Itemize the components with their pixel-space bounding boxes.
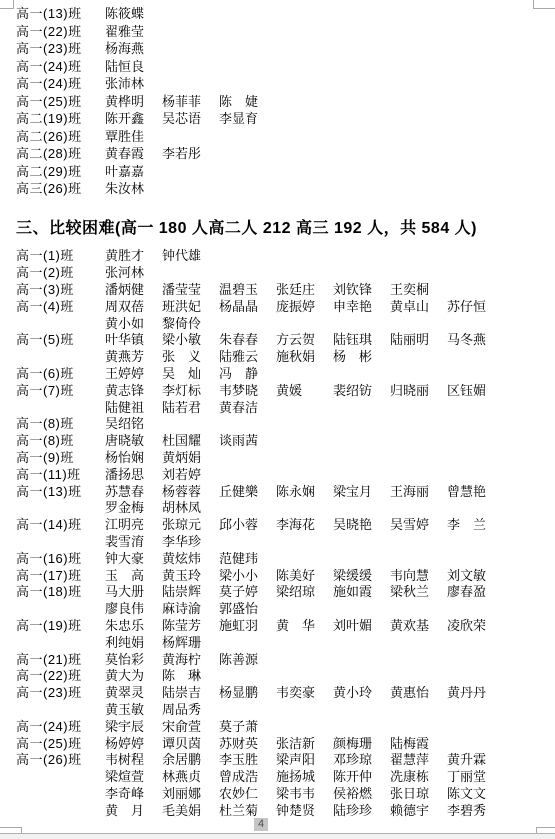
student-name: 黄 华 [276,615,333,634]
class-row-line: 高一(17)班玉 高黄玉玲梁小小陈美好梁缓缓韦向慧刘文敏 [16,566,546,583]
class-list-top: 高一(13)班陈筱蝶高一(22)班翟雅莹高一(23)班杨海燕高一(24)班陆恒良… [16,4,546,197]
class-row-line: 高一(26)班韦树程余居鹏李玉胜梁声阳邓珍琼翟慧萍黄升霖 [16,750,546,767]
class-label: 高二(26)班 [16,126,105,145]
class-label: 高一(19)班 [16,615,105,634]
student-name: 凌欣荣 [447,615,504,634]
class-row-line: 高一(13)班苏慧春杨蓉蓉丘健樂陈永娴梁宝月王海丽曾慧艳 [16,482,546,499]
class-label: 高一(26)班 [16,749,105,768]
student-name: 杨显鹏 [219,682,276,701]
student-name: 黄小玲 [333,682,390,701]
class-label: 高二(29)班 [16,161,105,180]
class-row-line: 李奇峰刘丽娜农妙仁梁韦韦侯裕燃张日琼陈文文 [16,784,546,801]
student-name: 吴芯语 [162,108,219,127]
student-name: 谈雨茜 [219,430,276,449]
student-name: 李碧秀 [447,800,504,819]
class-row-line: 高一(18)班马大册陆崇辉莫子婷梁绍琼施如霞梁秋兰廖春盈 [16,582,546,599]
student-name: 廖春盈 [447,581,504,600]
student-name: 陆丽明 [390,329,447,348]
student-name: 施虹羽 [219,615,276,634]
class-row-line: 高一(11)班潘扬思刘若婷 [16,465,546,482]
student-name: 翟雅莹 [105,21,162,40]
student-name: 钟楚贤 [276,800,333,819]
class-row-line: 廖良伟麻诗渝郭盛怡 [16,599,546,616]
student-name: 陆恒良 [105,56,162,75]
class-row-line: 黄小如黎倚伶 [16,314,546,331]
class-row-line: 高一(22)班翟雅莹 [16,22,546,40]
class-row-line: 高一(23)班黄翠灵陆崇吉杨显鹏韦奕豪黄小玲黄惠怡黄丹丹 [16,683,546,700]
student-name: 庞振婷 [276,296,333,315]
class-label: 高一(7)班 [16,380,105,399]
class-row-line: 罗金梅胡林凤 [16,498,546,515]
page-content: 高一(13)班陈筱蝶高一(22)班翟雅莹高一(23)班杨海燕高一(24)班陆恒良… [16,4,546,818]
class-row-line: 高一(22)班黄大为陈 琳 [16,666,546,683]
student-name: 杜兰菊 [219,800,276,819]
class-label: 高一(13)班 [16,481,105,500]
class-row-line: 高一(21)班莫怡彩黄海柠陈善源 [16,650,546,667]
student-name: 覃胜佳 [105,126,162,145]
class-label: 高一(23)班 [16,682,105,701]
class-row-line: 高二(19)班陈开鑫吴芯语李显育 [16,109,546,127]
class-row-line: 高一(4)班周双蓓班洪妃杨晶晶庞振婷申幸艳黄卓山苏仔恒 [16,297,546,314]
class-row-line: 高三(26)班朱汝林 [16,179,546,197]
student-name: 梁绍琼 [276,581,333,600]
student-name: 钟代雄 [162,245,219,264]
student-name: 李 兰 [447,514,504,533]
class-label: 高二(19)班 [16,108,105,127]
student-name: 梁宝月 [333,481,390,500]
student-name: 施秋娟 [276,346,333,365]
class-row-line: 高一(9)班杨怡娴黄炳娟 [16,448,546,465]
page-gap [0,833,555,839]
class-row-line: 高一(24)班张沛林 [16,74,546,92]
student-name: 张沛林 [105,73,162,92]
student-name: 吴晓艳 [333,514,390,533]
student-name: 陆若君 [162,397,219,416]
student-name: 李海花 [276,514,333,533]
student-name: 陈开鑫 [105,108,162,127]
student-name: 归晓丽 [390,380,447,399]
class-row-line: 高一(1)班黄胜才钟代雄 [16,247,546,264]
class-row-line: 高一(6)班王婷婷吴 灿冯 静 [16,364,546,381]
student-name: 李若彤 [162,143,219,162]
class-row-line: 利纯娟杨辉珊 [16,633,546,650]
student-name: 黄卓山 [390,296,447,315]
class-row-line: 裴雪淯李华珍 [16,532,546,549]
student-name: 马冬燕 [447,329,504,348]
student-name: 黄桦明 [105,91,162,110]
class-row-line: 高二(26)班覃胜佳 [16,127,546,145]
class-row-line: 高二(29)班叶嘉嘉 [16,162,546,180]
student-name: 朱汝林 [105,178,162,197]
student-name: 杨晶晶 [219,296,276,315]
class-row-line: 黄 月毛美娟杜兰菊钟楚贤陆珍珍赖德宇李碧秀 [16,801,546,818]
student-name: 梁秋兰 [390,581,447,600]
class-list-main: 高一(1)班黄胜才钟代雄高一(2)班张河林高一(3)班潘炳健潘莹莹温碧玉张廷庄刘… [16,247,546,818]
class-label: 高三(26)班 [16,178,105,197]
student-name: 陈永娴 [276,481,333,500]
class-label: 高一(25)班 [16,91,105,110]
class-row-line: 高一(25)班黄桦明杨菲菲陈 婕 [16,92,546,110]
student-name: 陆珍珍 [333,800,390,819]
student-name: 丘健樂 [219,481,276,500]
page-number-field: 4 [254,818,268,831]
class-row-line: 高一(24)班陆恒良 [16,57,546,75]
class-label: 高一(24)班 [16,73,105,92]
student-name: 叶嘉嘉 [105,161,162,180]
class-row-line: 梁煊萱林燕贞曾成浩施扬城陈开仲冼康栋丁丽堂 [16,767,546,784]
class-row-line: 高一(3)班潘炳健潘莹莹温碧玉张廷庄刘钦锋王奕桐 [16,280,546,297]
crop-mark-bottom-left [0,827,22,833]
class-row-line: 高一(7)班黄志锋李灯标韦梦晓黄媛裴绍钫归晓丽区钰媚 [16,381,546,398]
student-name: 李显育 [219,108,276,127]
crop-mark-top-left [0,0,14,9]
class-row-line: 黄燕芳张 义陆雅云施秋娟杨 彬 [16,347,546,364]
class-row-line: 高一(23)班杨海燕 [16,39,546,57]
class-label: 高一(14)班 [16,514,105,533]
student-name: 黄丹丹 [447,682,504,701]
class-row-line: 高一(5)班叶华镇梁小敏朱春春方云贺陆钰琪陆丽明马冬燕 [16,330,546,347]
class-label: 高一(5)班 [16,329,105,348]
student-name: 黄惠怡 [390,682,447,701]
class-label: 高一(23)班 [16,38,105,57]
student-name: 黄春霞 [105,143,162,162]
class-row-line: 高一(19)班朱忠乐陈莹芳施虹羽黄 华刘叶媚黄欢基凌欣荣 [16,616,546,633]
class-label: 高一(22)班 [16,21,105,40]
student-name: 黄春洁 [219,397,276,416]
class-row-line: 陆健祖陆若君黄春洁 [16,398,546,415]
student-name: 刘叶媚 [333,615,390,634]
student-name: 赖德宇 [390,800,447,819]
student-name: 韦奕豪 [276,682,333,701]
class-row-line: 高一(24)班梁宇辰宋俞萱莫子萧 [16,717,546,734]
class-label: 高一(13)班 [16,3,105,22]
student-name: 区钰媚 [447,380,504,399]
student-name: 苏仔恒 [447,296,504,315]
class-row-line: 高一(2)班张河林 [16,263,546,280]
class-row-line: 高一(25)班杨婷婷谭贝茵苏财英张洁新颜梅珊陆梅霞 [16,734,546,751]
class-row-line: 高一(8)班吴绍铭 [16,414,546,431]
section-heading: 三、比较困难(高一 180 人高二人 212 高三 192 人，共 584 人) [16,217,546,241]
student-name: 杨菲菲 [162,91,219,110]
student-name: 王海丽 [390,481,447,500]
class-row-line: 高一(13)班陈筱蝶 [16,4,546,22]
student-name: 曾慧艳 [447,481,504,500]
student-name: 邱小蓉 [219,514,276,533]
class-label: 高二(28)班 [16,143,105,162]
student-name: 施如霞 [333,581,390,600]
student-name: 陈筱蝶 [105,3,162,22]
class-row-line: 黄玉敏周品秀 [16,700,546,717]
student-name: 黄 月 [105,800,162,819]
student-name: 裴绍钫 [333,380,390,399]
class-label: 高一(18)班 [16,581,105,600]
class-row-line: 高一(14)班江明亮张琼元邱小蓉李海花吴晓艳吴雪婷李 兰 [16,515,546,532]
class-label: 高一(4)班 [16,296,105,315]
crop-mark-bottom-right [536,827,555,833]
student-name: 杨海燕 [105,38,162,57]
student-name: 吴雪婷 [390,514,447,533]
student-name: 杨 彬 [333,346,390,365]
student-name: 申幸艳 [333,296,390,315]
student-name: 陈善源 [219,649,276,668]
student-name: 陈 婕 [219,91,276,110]
student-name: 黄欢基 [390,615,447,634]
class-row-line: 高一(16)班钟大豪黄炫炜范健玮 [16,549,546,566]
student-name: 黄媛 [276,380,333,399]
class-row-line: 高一(8)班唐晓敏杜国耀谈雨茜 [16,431,546,448]
class-row-line: 高二(28)班黄春霞李若彤 [16,144,546,162]
class-label: 高一(24)班 [16,56,105,75]
student-name: 毛美娟 [162,800,219,819]
document-page: 高一(13)班陈筱蝶高一(22)班翟雅莹高一(23)班杨海燕高一(24)班陆恒良… [0,0,555,833]
